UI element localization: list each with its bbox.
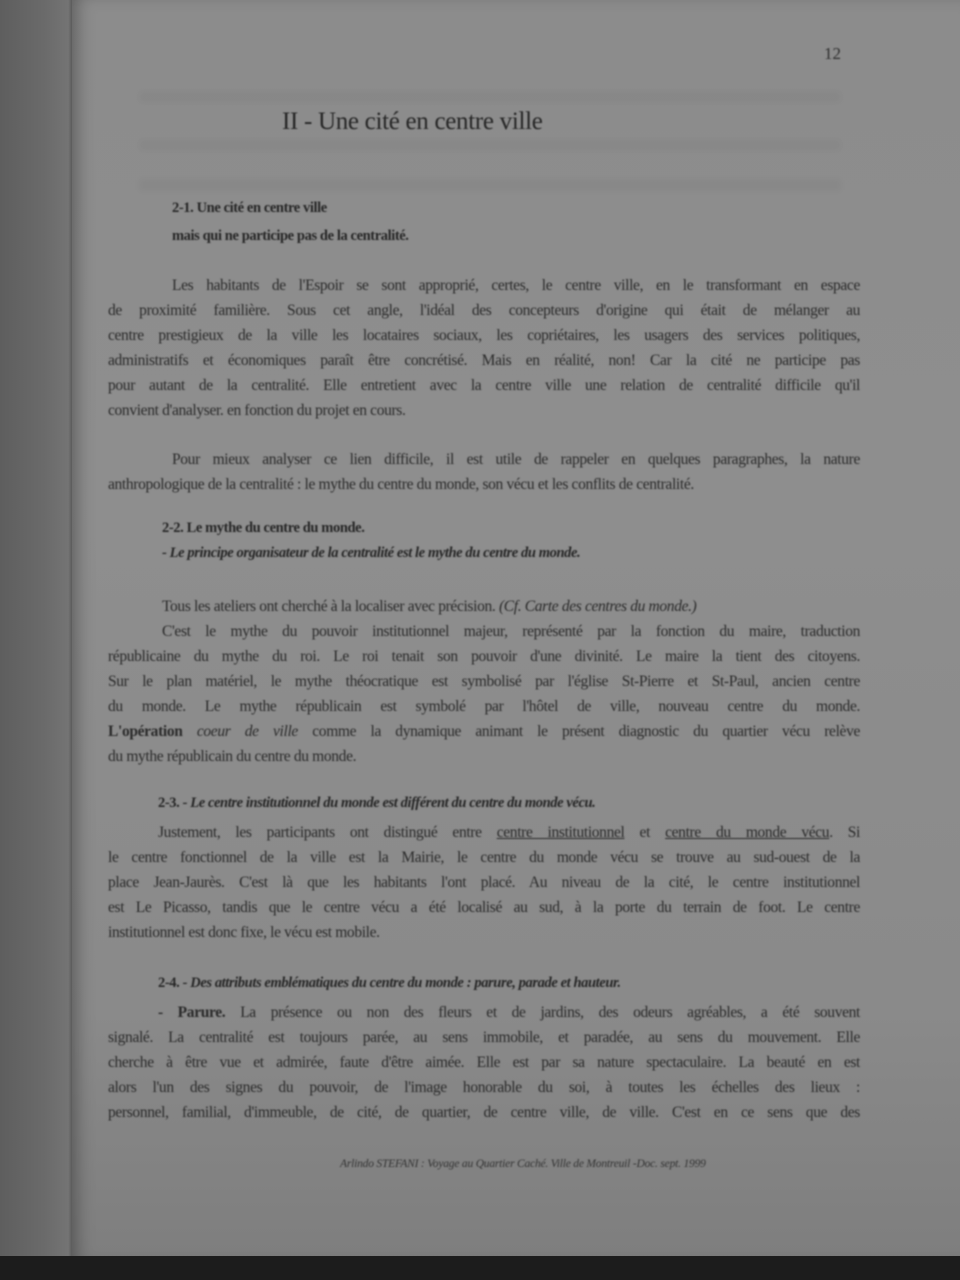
page-footer: Arlindo STEFANI : Voyage au Quartier Cac… — [340, 1158, 706, 1170]
text-line: alors l'un des signes du pouvoir, de l'i… — [108, 1075, 860, 1100]
bold-span: L'opération — [108, 723, 183, 740]
text-line: est Le Picasso, tandis que le centre véc… — [108, 895, 860, 920]
text-line: institutionnel est donc fixe, le vécu es… — [108, 920, 860, 945]
text-line: Pour mieux analyser ce lien difficile, i… — [108, 447, 860, 472]
text-span: Justement, les participants ont distingu… — [158, 824, 482, 841]
section-2-3-heading: 2-3. - Le centre institutionnel du monde… — [158, 795, 595, 812]
text-line: du mythe républicain du centre du monde. — [108, 744, 860, 769]
table-surface — [0, 1256, 960, 1280]
text-span: La présence ou non des fleurs et de jard… — [240, 1004, 860, 1021]
text-line: le centre fonctionnel de la ville est la… — [108, 845, 860, 870]
underlined-term: centre institutionnel — [497, 824, 625, 841]
section-2-2-subheading: - Le principe organisateur de la central… — [162, 545, 580, 562]
text-line: Les habitants de l'Espoir se sont approp… — [108, 273, 860, 298]
bleed-through — [140, 180, 840, 190]
paragraph: Les habitants de l'Espoir se sont approp… — [108, 273, 860, 423]
text-line: administratifs et économiques paraît êtr… — [108, 348, 860, 373]
section-number: 2-4. — [158, 975, 179, 991]
section-2-4-heading: 2-4. - Des attributs emblématiques du ce… — [158, 975, 621, 992]
bold-span: - Parure. — [158, 1004, 225, 1021]
text-line: Justement, les participants ont distingu… — [108, 820, 860, 845]
italic-span: coeur de ville — [197, 723, 298, 740]
chapter-title: II - Une cité en centre ville — [282, 108, 543, 136]
text-line: centre prestigieux de la ville les locat… — [108, 323, 860, 348]
text-line: place Jean-Jaurès. C'est là que les habi… — [108, 870, 860, 895]
underlined-term: centre du monde vécu — [665, 824, 829, 841]
text-span: comme la dynamique animant le présent di… — [312, 723, 860, 740]
text-line: personnel, familial, d'immeuble, de cité… — [108, 1100, 860, 1125]
text-line: signalé. La centralité est toujours paré… — [108, 1025, 860, 1050]
text-line: républicaine du mythe du roi. Le roi ten… — [108, 644, 860, 669]
bleed-through — [140, 92, 840, 102]
section-number: 2-3. — [158, 795, 179, 811]
paragraph: Pour mieux analyser ce lien difficile, i… — [108, 447, 860, 497]
text-line: pour autant de la centralité. Elle entre… — [108, 373, 860, 398]
text-line: C'est le mythe du pouvoir institutionnel… — [108, 619, 860, 644]
page-number: 12 — [824, 44, 841, 64]
text-line: convient d'analyser. en fonction du proj… — [108, 398, 860, 423]
text-line: anthropologique de la centralité : le my… — [108, 472, 860, 497]
section-2-1-subheading: mais qui ne participe pas de la centrali… — [172, 228, 409, 245]
paragraph: Justement, les participants ont distingu… — [108, 820, 860, 945]
section-title: - Des attributs emblématiques du centre … — [183, 975, 621, 991]
facing-page-edge — [0, 0, 72, 1258]
bleed-through — [140, 140, 840, 150]
text-span: et — [640, 824, 651, 841]
paragraph: - Parure. La présence ou non des fleurs … — [108, 1000, 860, 1125]
section-title: - Le centre institutionnel du monde est … — [183, 795, 596, 811]
text-line: Sur le plan matériel, le mythe théocrati… — [108, 669, 860, 694]
text-line: cherche à être vue et admirée, faute d'ê… — [108, 1050, 860, 1075]
text-line: L'opération coeur de ville comme la dyna… — [108, 719, 860, 744]
text-line: Tous les ateliers ont cherché à la local… — [108, 594, 860, 619]
text-line: du monde. Le mythe républicain est symbo… — [108, 694, 860, 719]
text-line: de proximité familière. Sous cet angle, … — [108, 298, 860, 323]
text-line: - Parure. La présence ou non des fleurs … — [108, 1000, 860, 1025]
text-span: . Si — [829, 824, 860, 841]
text-span: Tous les ateliers ont cherché à la local… — [162, 598, 495, 615]
paragraph: Tous les ateliers ont cherché à la local… — [108, 594, 860, 769]
section-2-1-heading: 2-1. Une cité en centre ville — [172, 200, 327, 217]
section-2-2-heading: 2-2. Le mythe du centre du monde. — [162, 520, 364, 537]
map-reference: (Cf. Carte des centres du monde.) — [499, 598, 697, 615]
